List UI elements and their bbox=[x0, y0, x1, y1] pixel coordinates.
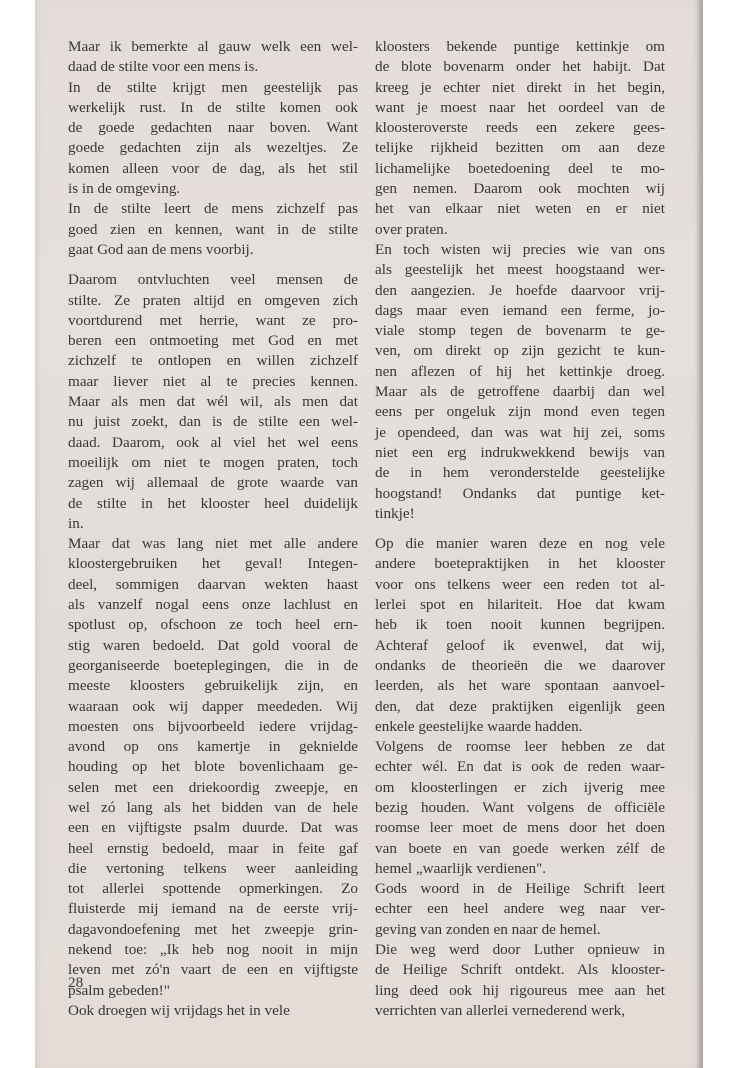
text-line: van boete en van goede werken zélf de bbox=[375, 839, 665, 859]
text-line: eens per ongeluk zijn mond even tegen bbox=[375, 402, 665, 422]
text-line: telijke rijkheid bezitten om aan deze bbox=[375, 138, 665, 158]
text-line: de blote bovenarm onder het habijt. Dat bbox=[375, 57, 665, 77]
text-line: als geestelijk het meest hoogstaand wer- bbox=[375, 260, 665, 280]
text-line: echter wél. En dat is ook de reden waar- bbox=[375, 757, 665, 777]
paragraph: Volgens de roomse leer hebben ze datecht… bbox=[375, 737, 665, 879]
text-line: daad de stilte voor een mens is. bbox=[68, 57, 358, 77]
page-number: 28 bbox=[68, 974, 83, 992]
book-page: Maar ik bemerkte al gauw welk een wel-da… bbox=[35, 0, 703, 1068]
text-line: gen nemen. Daarom ook mochten wij bbox=[375, 179, 665, 199]
text-line: wel zó lang als het bidden van de hele bbox=[68, 798, 358, 818]
text-line: bezig houden. Want volgens de officiële bbox=[375, 798, 665, 818]
text-line: dagavondoefening met het zweepje grin- bbox=[68, 920, 358, 940]
text-line: als vanzelf nogal eens onze lachlust en bbox=[68, 595, 358, 615]
paragraph: Maar ik bemerkte al gauw welk een wel-da… bbox=[68, 37, 358, 78]
text-line: andere boetepraktijken in het klooster bbox=[375, 554, 665, 574]
text-line: meeste kloosters gebruikelijk zijn, en bbox=[68, 676, 358, 696]
text-line: de goede gedachten naar boven. Want bbox=[68, 118, 358, 138]
text-line: niet een erg indrukwekkend bewijs van bbox=[375, 443, 665, 463]
paragraph: In de stilte leert de mens zichzelf pasg… bbox=[68, 199, 358, 260]
text-line: selen met een driekoordig zweepje, en bbox=[68, 778, 358, 798]
text-line: houding op het blote bovenlichaam ge- bbox=[68, 757, 358, 777]
text-line: Maar als de getroffene daarbij dan wel bbox=[375, 382, 665, 402]
text-line: nu juist zoekt, dan is de stilte een wel… bbox=[68, 412, 358, 432]
text-line: Volgens de roomse leer hebben ze dat bbox=[375, 737, 665, 757]
text-line: want je moest naar het oordeel van de bbox=[375, 98, 665, 118]
text-line: lerlei spot en hilariteit. Hoe dat kwam bbox=[375, 595, 665, 615]
text-line: kreeg je echter niet direkt in het begin… bbox=[375, 78, 665, 98]
text-line: fluisterde mij iemand na de eerste vrij- bbox=[68, 899, 358, 919]
text-line: kloosteroverste reeds een zekere gees- bbox=[375, 118, 665, 138]
text-line: Maar dat was lang niet met alle andere bbox=[68, 534, 358, 554]
text-line: Achteraf geloof ik evenwel, dat wij, bbox=[375, 636, 665, 656]
text-line: nekend toe: „Ik heb nog nooit in mijn bbox=[68, 940, 358, 960]
text-line: deel, sommigen daarvan wekten haast bbox=[68, 575, 358, 595]
text-line: in. bbox=[68, 514, 358, 534]
text-line: om kloosterlingen er zich ijverig mee bbox=[375, 778, 665, 798]
text-line: hemel „waarlijk verdienen". bbox=[375, 859, 665, 879]
paragraph: Ook droegen wij vrijdags het in vele bbox=[68, 1001, 358, 1021]
text-line: psalm gebeden!" bbox=[68, 981, 358, 1001]
paragraph: En toch wisten wij precies wie van onsal… bbox=[375, 240, 665, 524]
text-line: tinkje! bbox=[375, 504, 665, 524]
text-line: enkele geestelijke waarde hadden. bbox=[375, 717, 665, 737]
text-line: lichamelijke boetedoening deel te mo- bbox=[375, 159, 665, 179]
text-line: ven, om direkt op zijn gezicht te kun- bbox=[375, 341, 665, 361]
text-line: ondanks de theorieën die we daarover bbox=[375, 656, 665, 676]
paragraph: Die weg werd door Luther opnieuw inde He… bbox=[375, 940, 665, 1021]
text-line: In de stilte krijgt men geestelijk pas bbox=[68, 78, 358, 98]
text-line: het van elkaar niet weten en er niet bbox=[375, 199, 665, 219]
text-line: tot allerlei spottende opmerkingen. Zo bbox=[68, 879, 358, 899]
right-text-column: kloosters bekende puntige kettinkje omde… bbox=[375, 37, 665, 1021]
left-text-column: Maar ik bemerkte al gauw welk een wel-da… bbox=[68, 37, 358, 1021]
text-line: Ook droegen wij vrijdags het in vele bbox=[68, 1001, 358, 1021]
text-line: waaraan ook wij dapper meededen. Wij bbox=[68, 697, 358, 717]
text-line: Die weg werd door Luther opnieuw in bbox=[375, 940, 665, 960]
text-line: kloosters bekende puntige kettinkje om bbox=[375, 37, 665, 57]
text-line: verrichten van allerlei vernederend werk… bbox=[375, 1001, 665, 1021]
text-line: goed zien en kennen, want in de stilte bbox=[68, 220, 358, 240]
text-line: beren een ontmoeting met God en met bbox=[68, 331, 358, 351]
text-line: hoogstand! Ondanks dat puntige ket- bbox=[375, 484, 665, 504]
text-line: heb ik toen nooit kunnen begrijpen. bbox=[375, 615, 665, 635]
text-line: zichzelf te ontlopen en willen zichzelf bbox=[68, 351, 358, 371]
paragraph: kloosters bekende puntige kettinkje omde… bbox=[375, 37, 665, 240]
text-line: avond op ons kamertje in geknielde bbox=[68, 737, 358, 757]
text-line: spotlust op, ofschoon ze toch heel ern- bbox=[68, 615, 358, 635]
text-line: ling deed ook hij rigoureus mee aan het bbox=[375, 981, 665, 1001]
text-line: Maar ik bemerkte al gauw welk een wel- bbox=[68, 37, 358, 57]
text-line: den, dat deze praktijken eigenlijk geen bbox=[375, 697, 665, 717]
text-line: stig waren bedoeld. Dat gold vooral de bbox=[68, 636, 358, 656]
text-line: stilte. Ze praten altijd en omgeven zich bbox=[68, 291, 358, 311]
text-line: Gods woord in de Heilige Schrift leert bbox=[375, 879, 665, 899]
text-line: is in de omgeving. bbox=[68, 179, 358, 199]
text-line: En toch wisten wij precies wie van ons bbox=[375, 240, 665, 260]
text-line: viale stomp tegen de bovenarm te ge- bbox=[375, 321, 665, 341]
text-line: de stilte in het klooster heel duidelijk bbox=[68, 494, 358, 514]
text-line: kloostergebruiken het geval! Integen- bbox=[68, 554, 358, 574]
text-line: de Heilige Schrift ontdekt. Als klooster… bbox=[375, 960, 665, 980]
text-line: Op die manier waren deze en nog vele bbox=[375, 534, 665, 554]
text-line: Maar als men dat wél wil, als men dat bbox=[68, 392, 358, 412]
text-line: roomse leer moet de mens door het doen bbox=[375, 818, 665, 838]
text-line: heel ernstig bedoeld, maar in feite gaf bbox=[68, 839, 358, 859]
text-line: daad. Daarom, ook al viel het wel eens bbox=[68, 433, 358, 453]
text-line: die vertoning telkens weer aanleiding bbox=[68, 859, 358, 879]
text-line: werkelijk rust. In de stilte komen ook bbox=[68, 98, 358, 118]
text-line: geving van zonden en naar de hemel. bbox=[375, 920, 665, 940]
text-line: moesten ons bijvoorbeeld iedere vrijdag- bbox=[68, 717, 358, 737]
text-line: een en vijftigste psalm duurde. Dat was bbox=[68, 818, 358, 838]
text-line: goede gedachten zijn als wezeltjes. Ze bbox=[68, 138, 358, 158]
text-line: komen alleen voor de dag, als het stil bbox=[68, 159, 358, 179]
text-line: dags maar even iemand een ferme, jo- bbox=[375, 301, 665, 321]
text-line: den aangezien. Je hoefde daarvoor vrij- bbox=[375, 281, 665, 301]
text-line: In de stilte leert de mens zichzelf pas bbox=[68, 199, 358, 219]
text-line: leven met zó'n vaart de een en vijftigst… bbox=[68, 960, 358, 980]
paragraph: Op die manier waren deze en nog veleande… bbox=[375, 534, 665, 737]
text-line: voortdurend met herrie, want ze pro- bbox=[68, 311, 358, 331]
paragraph: Maar dat was lang niet met alle anderekl… bbox=[68, 534, 358, 1001]
text-line: zagen wij allemaal de grote waarde van bbox=[68, 473, 358, 493]
paragraph: Gods woord in de Heilige Schrift leertec… bbox=[375, 879, 665, 940]
text-line: Daarom ontvluchten veel mensen de bbox=[68, 270, 358, 290]
paragraph-gap bbox=[375, 524, 665, 534]
text-line: gaat God aan de mens voorbij. bbox=[68, 240, 358, 260]
text-line: de in hem verondersteldе geestelijke bbox=[375, 463, 665, 483]
text-line: maar liever niet al te precies kennen. bbox=[68, 372, 358, 392]
text-line: moeilijk om niet te mogen praten, toch bbox=[68, 453, 358, 473]
paragraph-gap bbox=[68, 260, 358, 270]
text-line: echter een heel andere weg naar ver- bbox=[375, 899, 665, 919]
text-line: voor ons telkens weer een reden tot al- bbox=[375, 575, 665, 595]
text-line: je opendeed, dan was wat hij zei, soms bbox=[375, 423, 665, 443]
paragraph: In de stilte krijgt men geestelijk paswe… bbox=[68, 78, 358, 200]
text-line: over praten. bbox=[375, 220, 665, 240]
paragraph: Daarom ontvluchten veel mensen destilte.… bbox=[68, 270, 358, 534]
text-line: leerden, als het ware spontaan aanvoel- bbox=[375, 676, 665, 696]
text-line: georganiseerde boeteplegingen, die in de bbox=[68, 656, 358, 676]
text-line: nen aflezen of hij het kettinkje droeg. bbox=[375, 362, 665, 382]
